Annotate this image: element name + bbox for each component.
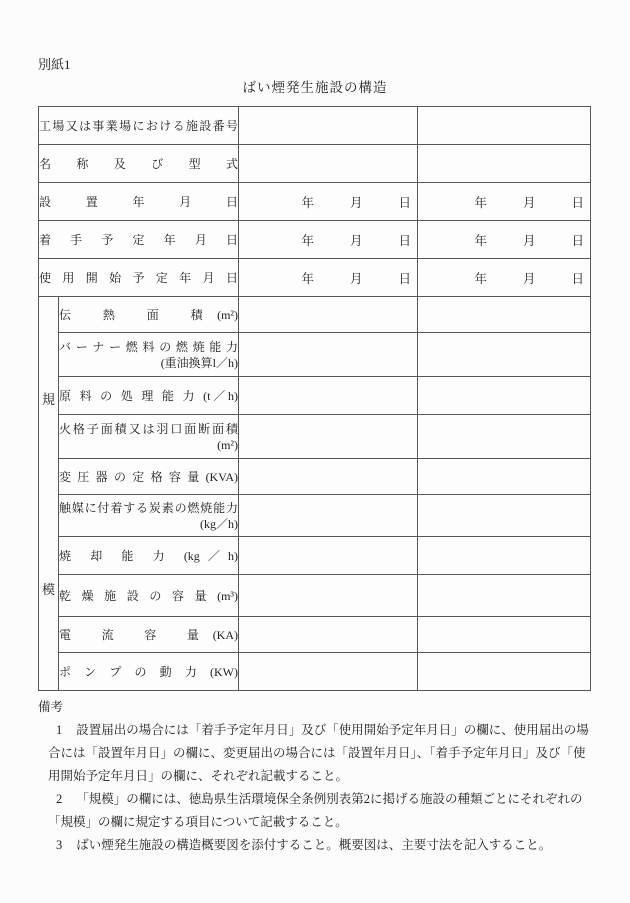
row-unit: (kg／h) [59,516,238,532]
page-title: ばい煙発生施設の構造 [0,76,630,96]
year-unit: 年 [474,193,487,211]
table-row: 電 流 容 量(KA) [39,617,591,653]
table-row: 原 料 の 処 理 能 力 (t／h) [39,377,591,415]
incineration-capacity-label-cell: 焼 却 能 力 (kg／h) [59,537,239,575]
grate-area-label-cell: 火格子面積又は羽口面断面積 (m²) [59,415,239,459]
scale-vertical-label: 規 模 [39,304,58,684]
remarks-heading: 備考 [38,696,594,719]
date-cell: 年 月 日 [418,183,591,221]
day-unit: 日 [572,193,585,211]
day-unit: 日 [399,193,412,211]
attachment-label: 別紙1 [38,54,71,73]
row-label: 電 流 容 量(KA) [59,627,238,643]
value-cell [418,297,591,333]
remark-number: 1 [56,723,62,737]
row-unit: (m²) [59,437,238,453]
table-row: バーナー燃料の燃焼能力 (重油換算l／h) [39,333,591,377]
date-cell: 年 月 日 [239,259,418,297]
year-unit: 年 [474,269,487,287]
value-cell [418,459,591,495]
heat-transfer-area-label-cell: 伝 熱 面 積(m²) [59,297,239,333]
row-label: 名 称 及 び 型 式 [39,156,238,172]
row-label: 焼 却 能 力 (kg／h) [59,548,238,564]
year-unit: 年 [301,231,314,249]
month-unit: 月 [523,269,536,287]
row-label: 変 圧 器 の 定 格 容 量 (KVA) [59,469,238,485]
day-unit: 日 [572,231,585,249]
value-cell [418,537,591,575]
date-cell: 年 月 日 [239,221,418,259]
table-row: 名 称 及 び 型 式 [39,145,591,183]
row-label: 原 料 の 処 理 能 力 (t／h) [59,388,238,404]
raw-material-capacity-label-cell: 原 料 の 処 理 能 力 (t／h) [59,377,239,415]
row-label: バーナー燃料の燃焼能力 [59,339,238,355]
value-cell [239,145,418,183]
date-units: 年 月 日 [239,193,417,211]
value-cell [418,107,591,145]
date-units: 年 月 日 [239,269,417,287]
value-cell [418,145,591,183]
month-unit: 月 [350,193,363,211]
date-cell: 年 月 日 [239,183,418,221]
table-row: 規 模 伝 熱 面 積(m²) [39,297,591,333]
remark-text: 設置届出の場合には「着手予定年月日」及び「使用開始予定年月日」の欄に、使用届出の… [48,723,589,783]
value-cell [418,653,591,691]
remark-text: 「規模」の欄には、徳島県生活環境保全条例別表第2に掲げる施設の種類ごとにそれぞれ… [48,792,583,829]
table-row: 着 手 予 定 年 月 日 年 月 日 年 月 日 [39,221,591,259]
scale-char-bottom: 模 [42,579,55,598]
date-cell: 年 月 日 [418,221,591,259]
planned-start-date-label-cell: 着 手 予 定 年 月 日 [39,221,239,259]
month-unit: 月 [350,269,363,287]
value-cell [239,575,418,617]
value-cell [418,617,591,653]
current-capacity-label-cell: 電 流 容 量(KA) [59,617,239,653]
year-unit: 年 [474,231,487,249]
value-cell [239,333,418,377]
value-cell [418,575,591,617]
row-label: 使 用 開 始 予 定 年 月 日 [39,270,238,286]
day-unit: 日 [399,269,412,287]
facility-structure-table: 工場又は事業場における施設番号 名 称 及 び 型 式 設 置 年 月 日 年 … [38,106,591,691]
date-units: 年 月 日 [418,193,590,211]
table-row: 工場又は事業場における施設番号 [39,107,591,145]
value-cell [239,653,418,691]
burner-fuel-combustion-label-cell: バーナー燃料の燃焼能力 (重油換算l／h) [59,333,239,377]
remarks-section: 備考 1設置届出の場合には「着手予定年月日」及び「使用開始予定年月日」の欄に、使… [38,696,594,857]
facility-number-label-cell: 工場又は事業場における施設番号 [39,107,239,145]
remark-item-2: 2「規模」の欄には、徳島県生活環境保全条例別表第2に掲げる施設の種類ごとにそれぞ… [38,788,594,834]
row-label: ポ ン プ の 動 力 (KW) [59,664,238,680]
row-label: 工場又は事業場における施設番号 [39,118,238,134]
month-unit: 月 [523,231,536,249]
row-unit: (重油換算l／h) [59,355,238,371]
remark-item-1: 1設置届出の場合には「着手予定年月日」及び「使用開始予定年月日」の欄に、使用届出… [38,719,594,788]
name-model-label-cell: 名 称 及 び 型 式 [39,145,239,183]
value-cell [239,377,418,415]
year-unit: 年 [301,193,314,211]
value-cell [418,377,591,415]
row-label: 火格子面積又は羽口面断面積 [59,421,238,437]
row-label: 触媒に付着する炭素の燃焼能力 [59,500,238,516]
pump-power-label-cell: ポ ン プ の 動 力 (KW) [59,653,239,691]
table-row: 設 置 年 月 日 年 月 日 年 月 日 [39,183,591,221]
row-label: 着 手 予 定 年 月 日 [39,232,238,248]
year-unit: 年 [301,269,314,287]
remark-number: 2 [56,792,62,806]
table-row: 使 用 開 始 予 定 年 月 日 年 月 日 年 月 日 [39,259,591,297]
month-unit: 月 [523,193,536,211]
value-cell [418,415,591,459]
table-row: 乾 燥 施 設 の 容 量 (m³) [39,575,591,617]
value-cell [239,459,418,495]
value-cell [418,333,591,377]
table-row: 焼 却 能 力 (kg／h) [39,537,591,575]
value-cell [239,415,418,459]
date-units: 年 月 日 [418,231,590,249]
value-cell [239,297,418,333]
remark-text: ばい煙発生施設の構造概要図を添付すること。概要図は、主要寸法を記入すること。 [76,838,551,852]
remark-number: 3 [56,838,62,852]
date-cell: 年 月 日 [418,259,591,297]
scale-section-header-cell: 規 模 [39,297,59,691]
installation-date-label-cell: 設 置 年 月 日 [39,183,239,221]
form-sheet: 別紙1 ばい煙発生施設の構造 工場又は事業場における施設番号 名 称 及 び 型… [0,0,630,903]
row-label: 設 置 年 月 日 [39,194,238,210]
planned-use-start-date-label-cell: 使 用 開 始 予 定 年 月 日 [39,259,239,297]
month-unit: 月 [350,231,363,249]
table-row: 変 圧 器 の 定 格 容 量 (KVA) [39,459,591,495]
value-cell [418,495,591,537]
table-row: 触媒に付着する炭素の燃焼能力 (kg／h) [39,495,591,537]
value-cell [239,107,418,145]
catalyst-carbon-combustion-label-cell: 触媒に付着する炭素の燃焼能力 (kg／h) [59,495,239,537]
date-units: 年 月 日 [418,269,590,287]
date-units: 年 月 日 [239,231,417,249]
transformer-capacity-label-cell: 変 圧 器 の 定 格 容 量 (KVA) [59,459,239,495]
drying-facility-capacity-label-cell: 乾 燥 施 設 の 容 量 (m³) [59,575,239,617]
day-unit: 日 [572,269,585,287]
day-unit: 日 [399,231,412,249]
table-row: ポ ン プ の 動 力 (KW) [39,653,591,691]
table-row: 火格子面積又は羽口面断面積 (m²) [39,415,591,459]
row-label: 伝 熱 面 積(m²) [59,307,238,323]
scale-char-top: 規 [42,389,55,408]
row-label: 乾 燥 施 設 の 容 量 (m³) [59,588,238,604]
value-cell [239,537,418,575]
value-cell [239,617,418,653]
remark-item-3: 3ばい煙発生施設の構造概要図を添付すること。概要図は、主要寸法を記入すること。 [38,834,594,857]
value-cell [239,495,418,537]
